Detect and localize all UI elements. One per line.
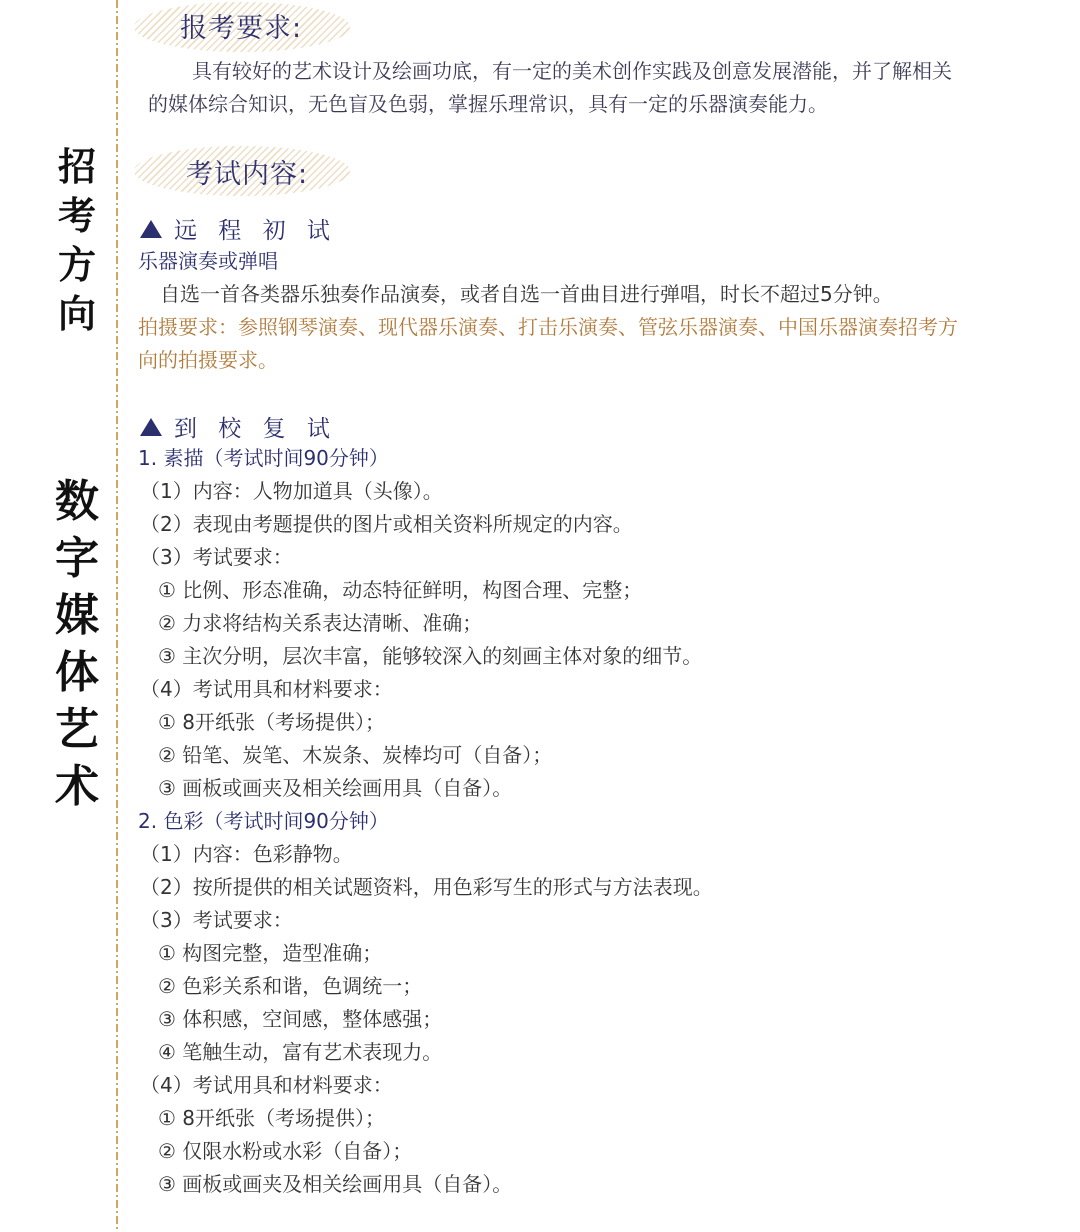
side-char: 向 xyxy=(58,295,96,344)
color-item: （2）按所提供的相关试题资料，用色彩写生的形式与方法表现。 xyxy=(140,871,713,904)
color-item: （3）考试要求： xyxy=(140,904,293,937)
side-char: 考 xyxy=(58,197,96,246)
side-char: 数 xyxy=(55,480,99,537)
sketch-item: ② 铅笔、炭笔、木炭条、炭棒均可（自备）； xyxy=(158,739,552,772)
requirements-title: 报考要求: xyxy=(180,6,302,45)
remote-exam-heading: 远 程 初 试 xyxy=(140,212,337,245)
sketch-item: ③ 画板或画夹及相关绘画用具（自备）。 xyxy=(158,772,512,805)
remote-subtitle: 乐器演奏或弹唱 xyxy=(138,245,278,278)
sketch-item: ① 8开纸张（考场提供）； xyxy=(158,706,385,739)
color-title: 2. 色彩（考试时间90分钟） xyxy=(138,805,389,838)
color-item: （1）内容：色彩静物。 xyxy=(140,838,353,871)
side-char: 体 xyxy=(55,651,99,708)
onsite-exam-heading: 到 校 复 试 xyxy=(140,410,337,443)
color-item: ① 构图完整，造型准确； xyxy=(158,937,382,970)
onsite-exam-heading-text: 到 校 复 试 xyxy=(174,410,337,443)
color-item: （4）考试用具和材料要求： xyxy=(140,1069,393,1102)
color-item: ② 仅限水粉或水彩（自备）； xyxy=(158,1135,412,1168)
requirements-text: 具有较好的艺术设计及绘画功底，有一定的美术创作实践及创意发展潜能，并了解相关 的… xyxy=(148,55,1048,121)
filming-requirements: 拍摄要求：参照钢琴演奏、现代器乐演奏、打击乐演奏、管弦乐器演奏、中国乐器演奏招考… xyxy=(138,311,958,344)
sketch-item: （3）考试要求： xyxy=(140,541,293,574)
side-char: 艺 xyxy=(55,708,99,765)
side-label-digital-media-art: 数 字 媒 体 艺 术 xyxy=(50,480,104,822)
side-char: 招 xyxy=(58,148,96,197)
color-item: ② 色彩关系和谐，色调统一； xyxy=(158,970,422,1003)
requirements-line: 具有较好的艺术设计及绘画功底，有一定的美术创作实践及创意发展潜能，并了解相关 xyxy=(192,59,952,83)
color-item: ③ 体积感，空间感，整体感强； xyxy=(158,1003,442,1036)
side-char: 方 xyxy=(58,246,96,295)
color-item: ④ 笔触生动，富有艺术表现力。 xyxy=(158,1036,442,1069)
filming-requirements-cont: 向的拍摄要求。 xyxy=(138,344,278,377)
side-char: 媒 xyxy=(55,594,99,651)
sketch-item: （1）内容：人物加道具（头像）。 xyxy=(140,475,443,508)
side-char: 术 xyxy=(55,765,99,822)
sketch-item: ① 比例、形态准确，动态特征鲜明，构图合理、完整； xyxy=(158,574,642,607)
color-item: ③ 画板或画夹及相关绘画用具（自备）。 xyxy=(158,1168,512,1201)
side-label-recruitment-direction: 招 考 方 向 xyxy=(50,148,104,344)
color-item: ① 8开纸张（考场提供）； xyxy=(158,1102,385,1135)
sketch-item: （4）考试用具和材料要求： xyxy=(140,673,393,706)
dashed-divider xyxy=(116,0,118,1232)
side-char: 字 xyxy=(55,537,99,594)
sketch-title: 1. 素描（考试时间90分钟） xyxy=(138,442,389,475)
exam-title: 考试内容: xyxy=(186,152,308,191)
triangle-icon xyxy=(140,220,162,238)
sketch-item: ② 力求将结构关系表达清晰、准确； xyxy=(158,607,482,640)
sketch-item: （2）表现由考题提供的图片或相关资料所规定的内容。 xyxy=(140,508,633,541)
triangle-icon xyxy=(140,418,162,436)
sketch-item: ③ 主次分明，层次丰富，能够较深入的刻画主体对象的细节。 xyxy=(158,640,702,673)
requirements-line: 的媒体综合知识，无色盲及色弱，掌握乐理常识，具有一定的乐器演奏能力。 xyxy=(148,92,828,116)
remote-description: 自选一首各类器乐独奏作品演奏，或者自选一首曲目进行弹唱，时长不超过5分钟。 xyxy=(160,278,893,311)
remote-exam-heading-text: 远 程 初 试 xyxy=(174,212,337,245)
